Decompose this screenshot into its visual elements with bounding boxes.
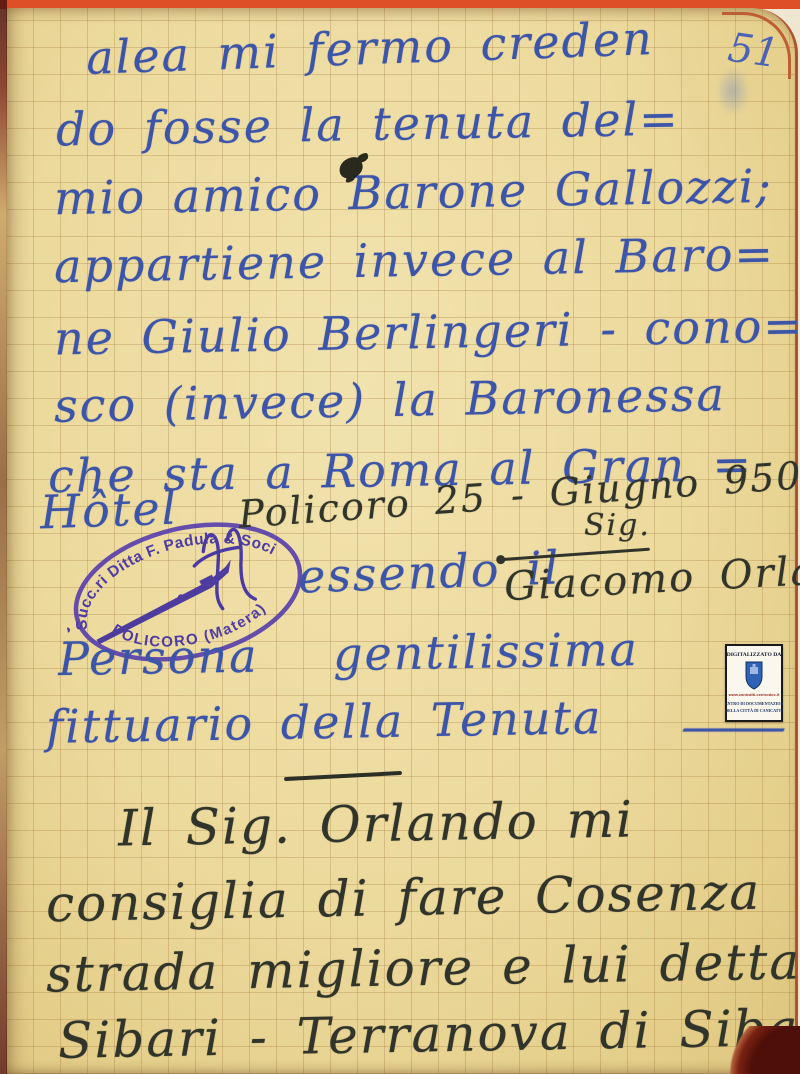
paragraph-separator-stroke — [284, 771, 402, 781]
notebook-page: 51 alea mi fermo creden do fosse la tenu… — [6, 8, 798, 1074]
page-corner-arc — [722, 12, 791, 79]
digitization-url: www.canicatti-centrodoc.it — [728, 692, 780, 697]
digitization-line1: CENTRO DI DOCUMENTAZIONE — [725, 701, 783, 706]
handwritten-line: fittuario della Tenuta — [46, 693, 603, 751]
handwritten-line: alea mi fermo creden — [85, 14, 654, 82]
handwritten-sig-abbrev: Sig. — [584, 510, 651, 542]
handwritten-word-hotel: Hôtel — [39, 484, 179, 537]
digitization-label-graphic: DIGITALIZZATO DA www.canicatti-centrodoc… — [725, 644, 783, 722]
digitization-line2: DELLA CITTÀ DI CANICATTÌ — [725, 708, 783, 713]
handwritten-line: ne Giulio Berlingeri - cono= — [54, 301, 800, 362]
notebook-binding-edge — [0, 0, 7, 1074]
handwritten-line: Persona gentilissima — [58, 625, 640, 683]
handwritten-line: do fosse la tenuta del= — [56, 95, 680, 154]
coat-of-arms-icon — [746, 662, 762, 689]
notebook-cover-corner — [726, 1026, 800, 1074]
handwritten-line: consiglia di fare Cosenza — [46, 866, 762, 931]
digitization-header: DIGITALIZZATO DA — [727, 652, 782, 658]
handwritten-line: Il Sig. Orlando mi — [118, 794, 635, 855]
handwritten-line: mio amico Barone Gallozzi; — [54, 162, 774, 223]
handwritten-line: Sibari - Terranova di Sibari — [58, 1001, 800, 1067]
handwritten-line: sco (invece) la Baronessa — [54, 370, 727, 430]
digitization-label: DIGITALIZZATO DA www.canicatti-centrodoc… — [725, 644, 783, 722]
handwritten-line: appartiene invece al Baro= — [54, 230, 776, 291]
handwritten-line: strada migliore e lui detta — [46, 935, 800, 1001]
